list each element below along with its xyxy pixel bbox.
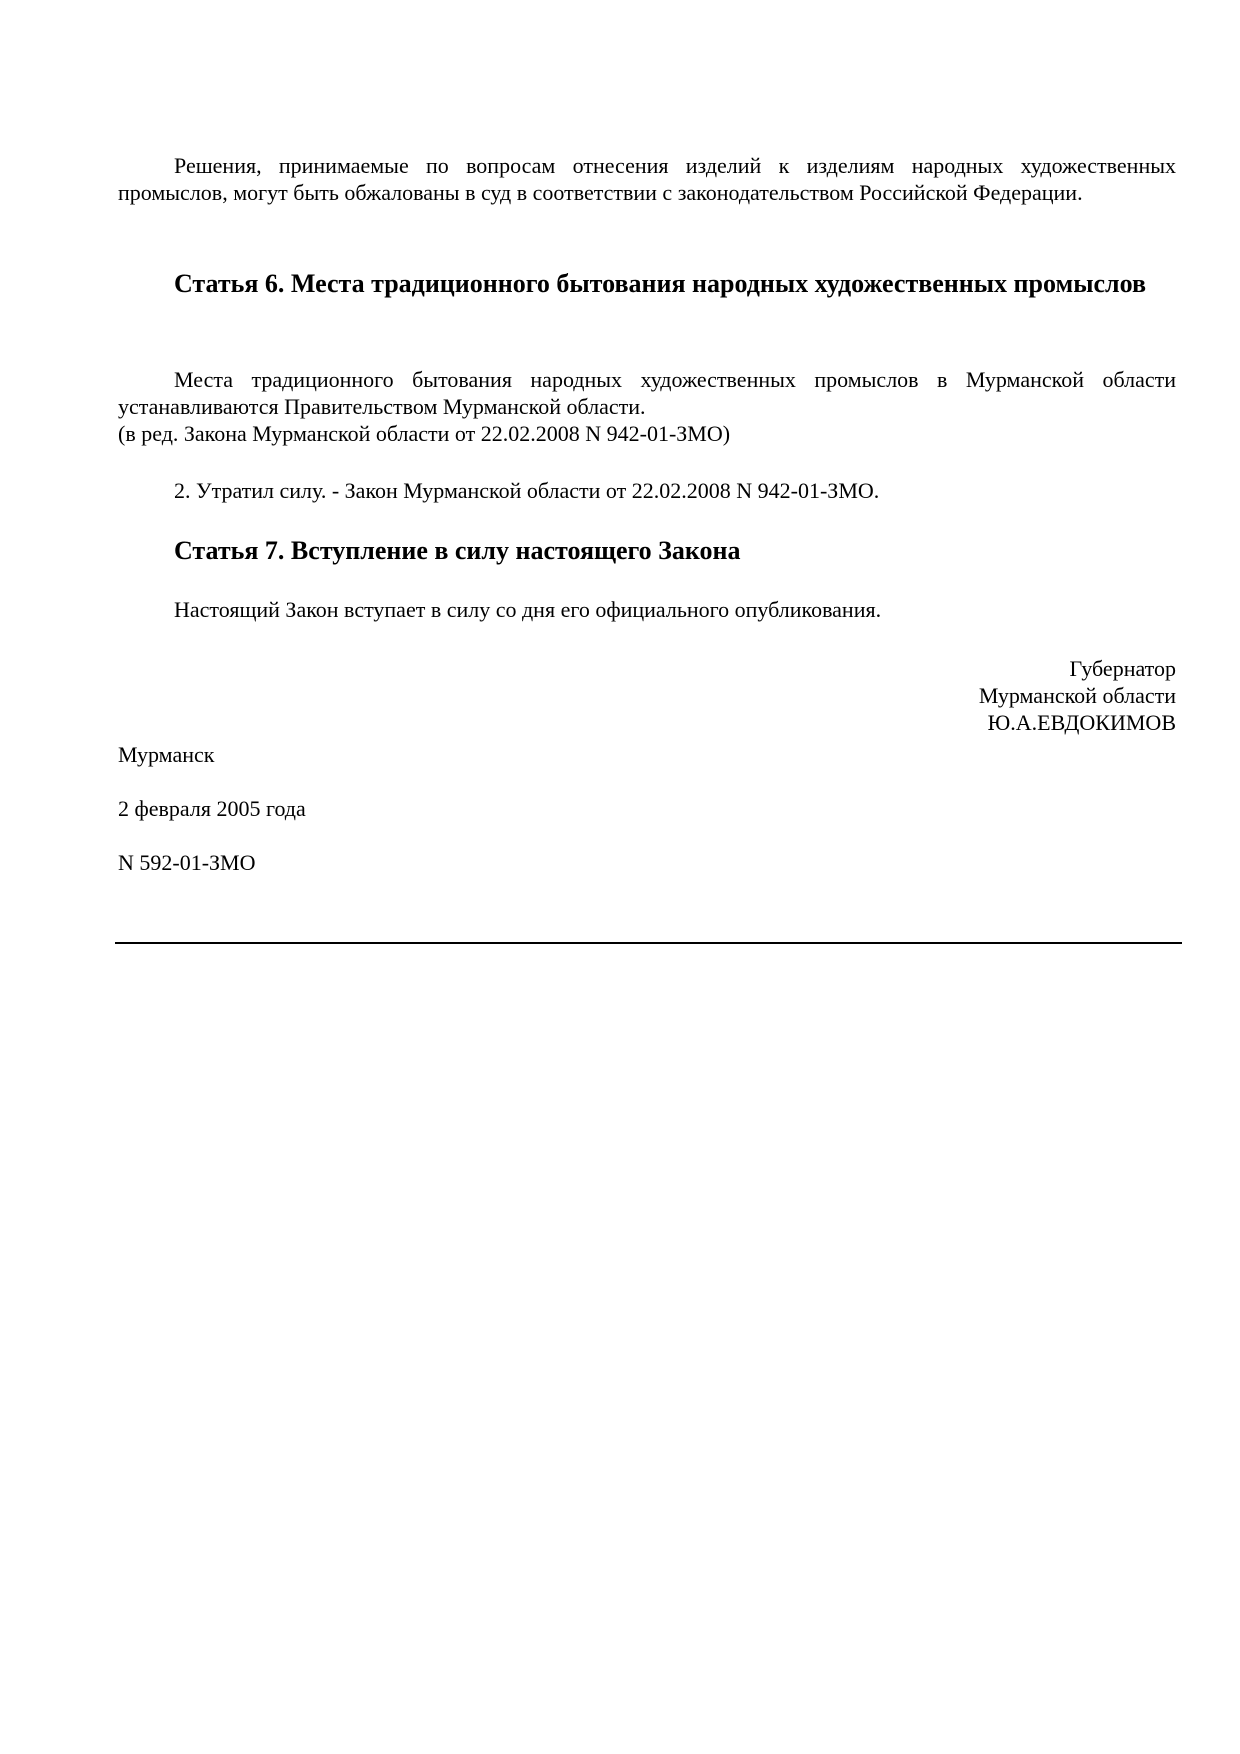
horizontal-rule: [115, 942, 1182, 944]
signature-title-2: Мурманской области: [118, 682, 1176, 709]
article-7-text: Настоящий Закон вступает в силу со дня е…: [118, 596, 1176, 623]
paragraph-appeal: Решения, принимаемые по вопросам отнесен…: [118, 152, 1176, 206]
signature-block: Губернатор Мурманской области Ю.А.ЕВДОКИ…: [118, 655, 1176, 736]
article-6-heading: Статья 6. Места традиционного бытования …: [118, 268, 1176, 300]
article-7-heading: Статья 7. Вступление в силу настоящего З…: [118, 535, 1176, 567]
article-6-item-2: 2. Утратил силу. - Закон Мурманской обла…: [118, 477, 1176, 504]
signature-name: Ю.А.ЕВДОКИМОВ: [118, 709, 1176, 736]
date: 2 февраля 2005 года: [118, 795, 306, 822]
law-number: N 592-01-ЗМО: [118, 849, 256, 876]
article-6-text: Места традиционного бытования народных х…: [118, 366, 1176, 420]
article-6-amendment: (в ред. Закона Мурманской области от 22.…: [118, 420, 1176, 447]
signature-title-1: Губернатор: [118, 655, 1176, 682]
place: Мурманск: [118, 741, 214, 768]
